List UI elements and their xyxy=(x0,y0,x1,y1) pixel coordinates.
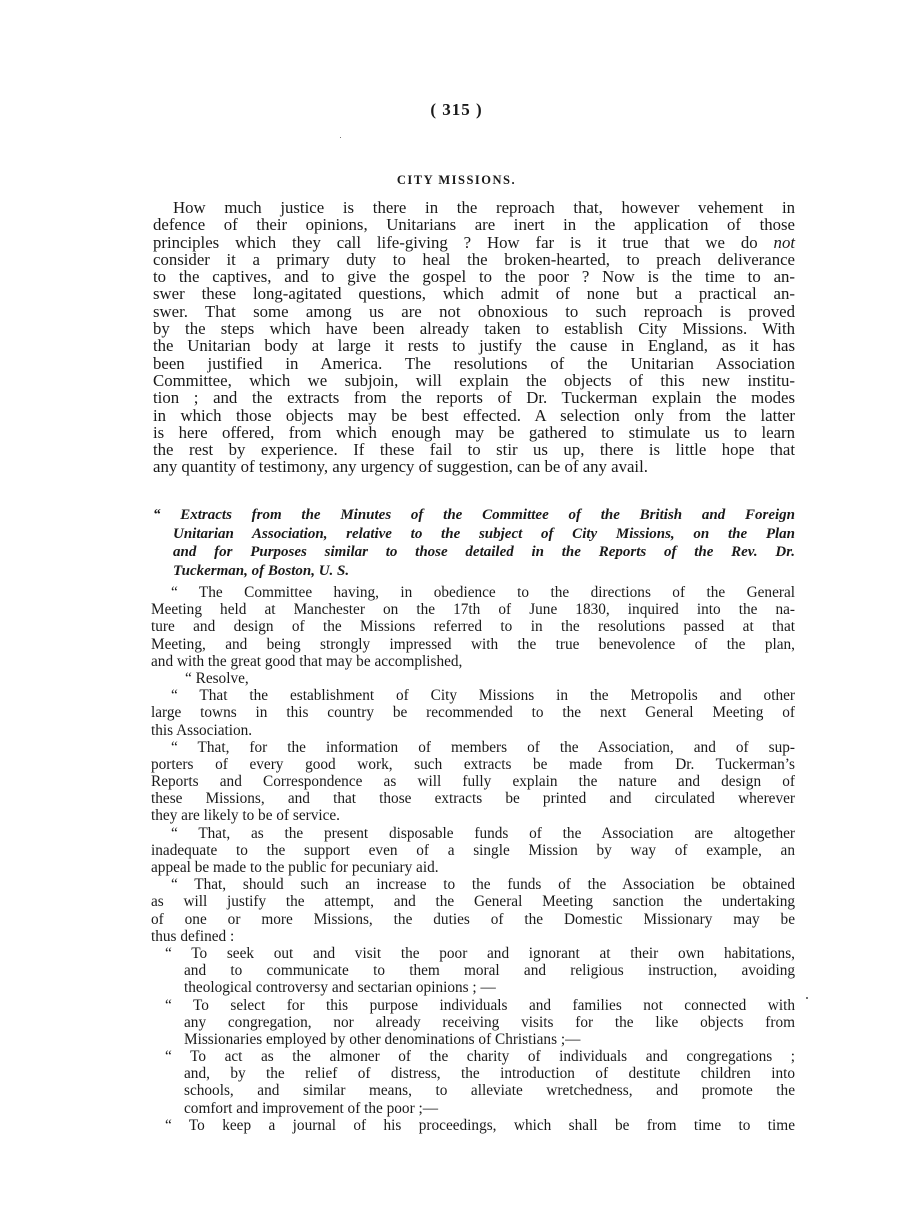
text-line: any congregation, nor already receiving … xyxy=(151,1014,795,1031)
text-line: as will justify the attempt, and the Gen… xyxy=(151,893,795,910)
text-line: “ That the establishment of City Mission… xyxy=(151,687,795,704)
resolution-item: “ That, should such an increase to the f… xyxy=(151,876,795,945)
text-line: these Missions, and that those extracts … xyxy=(151,790,795,807)
intro-paragraph: How much justice is there in the reproac… xyxy=(153,199,795,476)
emphasis-word: not xyxy=(774,233,795,252)
caption-line: and for Purposes similar to those detail… xyxy=(153,543,795,562)
text-line: How much justice is there in the reproac… xyxy=(153,199,795,216)
text-line: Meeting held at Manchester on the 17th o… xyxy=(151,601,795,618)
preamble-paragraph: “ The Committee having, in obedience to … xyxy=(151,584,795,670)
text-line: of one or more Missions, the duties of t… xyxy=(151,911,795,928)
text-line: in which those objects may be best effec… xyxy=(153,407,795,424)
text-line: to the captives, and to give the gospel … xyxy=(153,268,795,285)
text-line: Reports and Correspondence as will fully… xyxy=(151,773,795,790)
duty-item: “ To keep a journal of his proceedings, … xyxy=(151,1117,795,1134)
duty-item: “ To select for this purpose individuals… xyxy=(151,997,795,1049)
text-line: “ That, should such an increase to the f… xyxy=(151,876,795,893)
text-line: and, by the relief of distress, the intr… xyxy=(151,1065,795,1082)
text-line: inadequate to the support even of a sing… xyxy=(151,842,795,859)
text-line: been justified in America. The resolutio… xyxy=(153,355,795,372)
section-title: CITY MISSIONS. xyxy=(0,173,913,188)
text-line: “ To select for this purpose individuals… xyxy=(151,997,795,1014)
text-line: porters of every good work, such extract… xyxy=(151,756,795,773)
text-line: consider it a primary duty to heal the b… xyxy=(153,251,795,268)
text-line: swer. That some among us are not obnoxio… xyxy=(153,303,795,320)
caption-line: “ Extracts from the Minutes of the Commi… xyxy=(153,506,795,525)
extracts-caption: “ Extracts from the Minutes of the Commi… xyxy=(153,506,795,580)
scan-speck xyxy=(340,137,341,138)
duty-item: “ To act as the almoner of the charity o… xyxy=(151,1048,795,1117)
text-line: “ That, as the present disposable funds … xyxy=(151,825,795,842)
text-line: Meeting, and being strongly impressed wi… xyxy=(151,636,795,653)
text-line: by the steps which have been already tak… xyxy=(153,320,795,337)
scan-speck xyxy=(806,997,808,999)
text-line: tion ; and the extracts from the reports… xyxy=(153,389,795,406)
text-line: is here offered, from which enough may b… xyxy=(153,424,795,441)
text-line: and with the great good that may be acco… xyxy=(151,653,795,670)
text-line: schools, and similar means, to alleviate… xyxy=(151,1082,795,1099)
resolution-item: “ That, as the present disposable funds … xyxy=(151,825,795,877)
duties-list: “ To seek out and visit the poor and ign… xyxy=(151,945,795,1134)
text-line: the rest by experience. If these fail to… xyxy=(153,441,795,458)
text-line: this Association. xyxy=(151,722,795,739)
text-line: and to communicate to them moral and rel… xyxy=(151,962,795,979)
text-line: appeal be made to the public for pecunia… xyxy=(151,859,795,876)
text-line: comfort and improvement of the poor ;— xyxy=(151,1100,795,1117)
text-line: “ The Committee having, in obedience to … xyxy=(151,584,795,601)
page-number: ( 315 ) xyxy=(0,100,913,120)
duty-item: “ To seek out and visit the poor and ign… xyxy=(151,945,795,997)
resolutions-section: “ The Committee having, in obedience to … xyxy=(151,584,795,1134)
text-line: they are likely to be of service. xyxy=(151,807,795,824)
text-line: defence of their opinions, Unitarians ar… xyxy=(153,216,795,233)
text-line: Committee, which we subjoin, will explai… xyxy=(153,372,795,389)
text-line: “ That, for the information of members o… xyxy=(151,739,795,756)
text-line: any quantity of testimony, any urgency o… xyxy=(153,458,795,475)
text-line: “ To seek out and visit the poor and ign… xyxy=(151,945,795,962)
text-line: swer these long-agitated questions, whic… xyxy=(153,285,795,302)
text-line: Missionaries employed by other denominat… xyxy=(151,1031,795,1048)
text-line: large towns in this country be recommend… xyxy=(151,704,795,721)
caption-line: Unitarian Association, relative to the s… xyxy=(153,525,795,544)
text-line: ture and design of the Missions referred… xyxy=(151,618,795,635)
text-line: thus defined : xyxy=(151,928,795,945)
resolve-heading: “ Resolve, xyxy=(151,670,795,687)
caption-line: Tuckerman, of Boston, U. S. xyxy=(153,562,795,581)
text-line: theological controversy and sectarian op… xyxy=(151,979,795,996)
text-line: “ To act as the almoner of the charity o… xyxy=(151,1048,795,1065)
text-line: the Unitarian body at large it rests to … xyxy=(153,337,795,354)
resolution-item: “ That the establishment of City Mission… xyxy=(151,687,795,739)
text-line: “ To keep a journal of his proceedings, … xyxy=(151,1117,795,1134)
text-line: principles which they call life-giving ?… xyxy=(153,234,795,251)
book-page: ( 315 ) CITY MISSIONS. How much justice … xyxy=(0,0,913,1232)
resolution-item: “ That, for the information of members o… xyxy=(151,739,795,825)
